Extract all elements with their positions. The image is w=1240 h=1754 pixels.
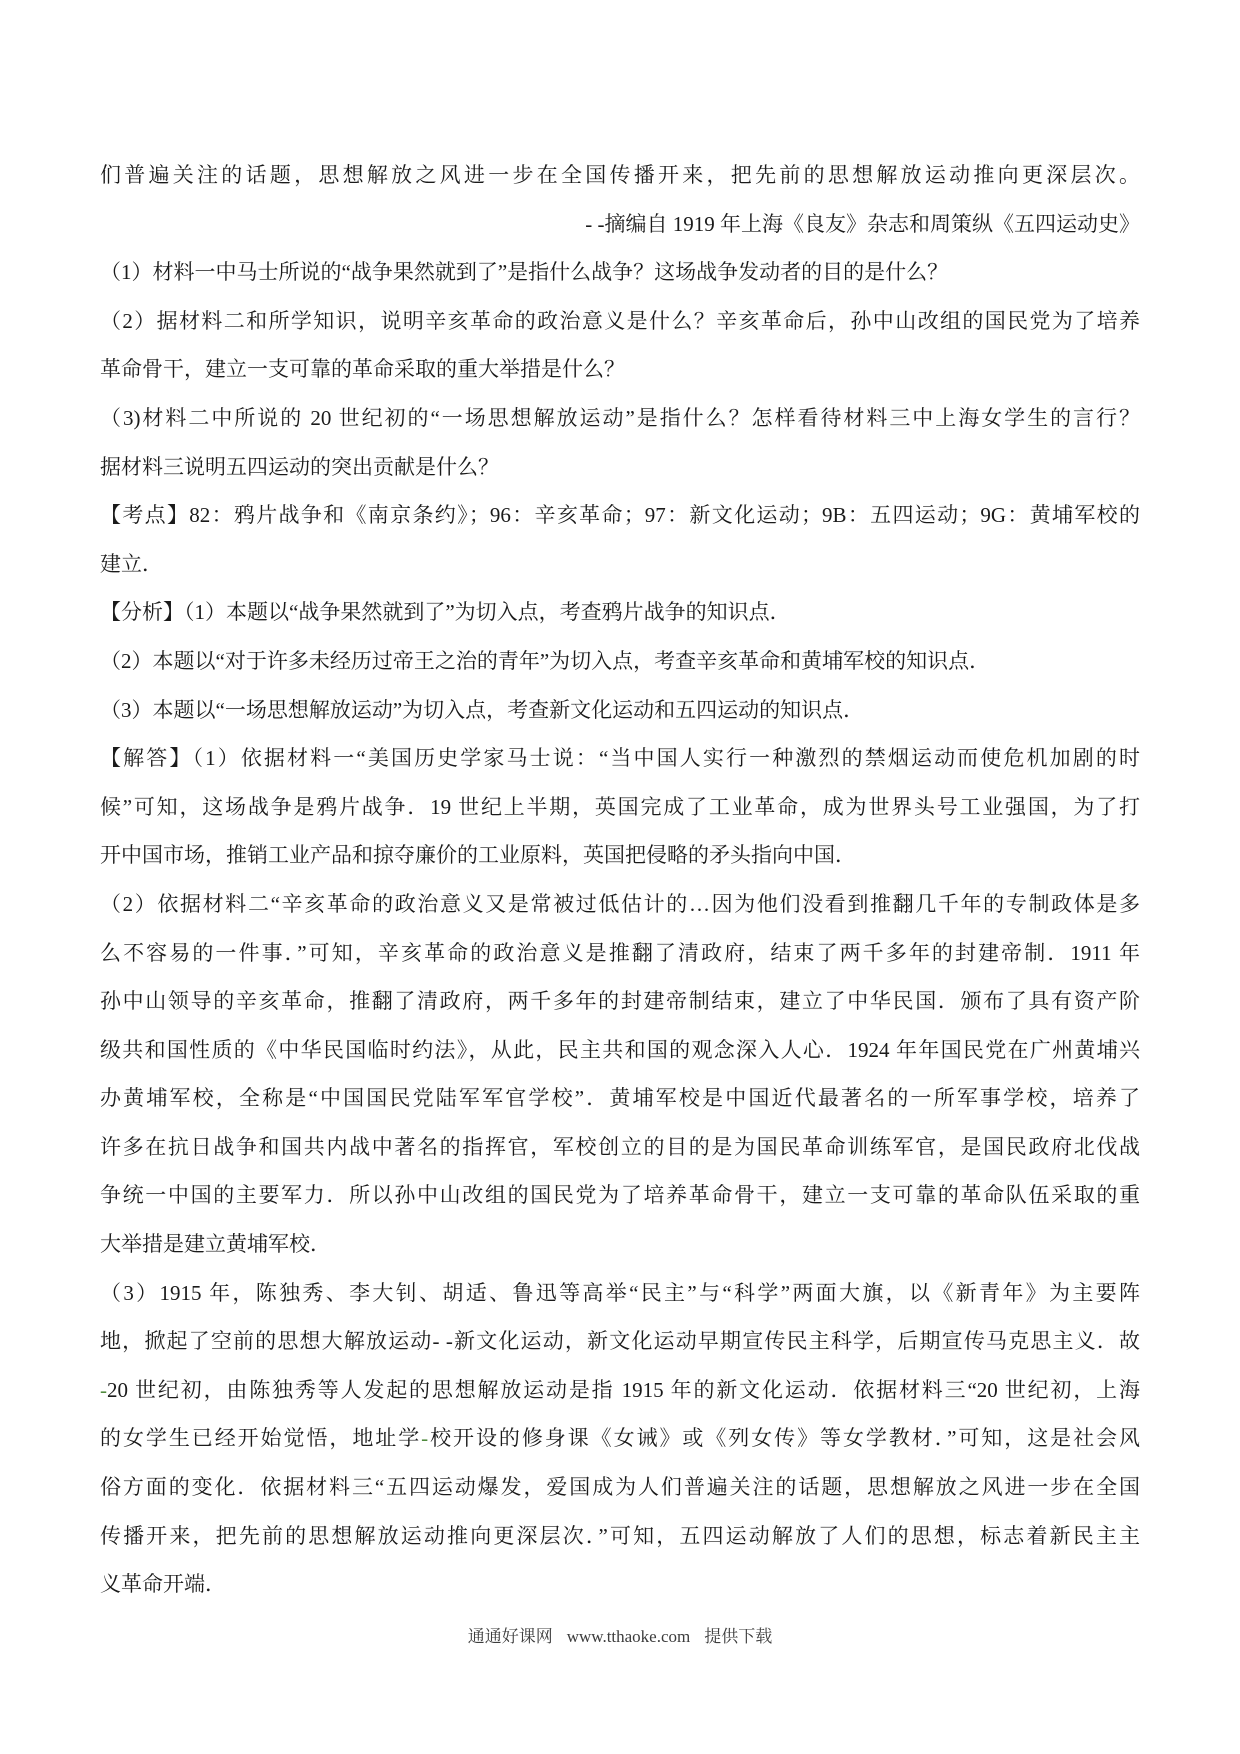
text-line: - -摘编自 1919 年上海《良友》杂志和周策纵《五四运动史》: [100, 200, 1140, 249]
text-line: 候”可知，这场战争是鸦片战争．19 世纪上半期，英国完成了工业革命，成为世界头号…: [100, 783, 1140, 832]
document-page: 们普遍关注的话题，思想解放之风进一步在全国传播开来，把先前的思想解放运动推向更深…: [0, 0, 1240, 1754]
text-line: 义革命开端．: [100, 1560, 1140, 1609]
text-line: 传播开来，把先前的思想解放运动推向更深层次．”可知，五四运动解放了人们的思想，标…: [100, 1512, 1140, 1561]
text-segment: 的女学生已经开始觉悟，地址学: [100, 1426, 421, 1450]
text-line: 【考点】82：鸦片战争和《南京条约》；96：辛亥革命；97：新文化运动；9B：五…: [100, 491, 1140, 540]
text-line: 据材料三说明五四运动的突出贡献是什么？: [100, 443, 1140, 492]
text-line: 许多在抗日战争和国共内战中著名的指挥官，军校创立的目的是为国民革命训练军官，是国…: [100, 1123, 1140, 1172]
text-line: 的女学生已经开始觉悟，地址学-校开设的修身课《女诫》或《列女传》等女学教材．”可…: [100, 1414, 1140, 1463]
grammar-mark: -: [100, 1378, 107, 1402]
footer-credit: 通通好课网www.tthaoke.com提供下载: [0, 1622, 1240, 1652]
text-line: 争统一中国的主要军力．所以孙中山改组的国民党为了培养革命骨干，建立一支可靠的革命…: [100, 1171, 1140, 1220]
text-line: 开中国市场，推销工业产品和掠夺廉价的工业原料，英国把侵略的矛头指向中国．: [100, 831, 1140, 880]
text-line: 大举措是建立黄埔军校．: [100, 1220, 1140, 1269]
text-line: 革命骨干，建立一支可靠的革命采取的重大举措是什么？: [100, 345, 1140, 394]
text-line: （3）1915 年，陈独秀、李大钊、胡适、鲁迅等高举“民主”与“科学”两面大旗，…: [100, 1269, 1140, 1318]
text-line: 办黄埔军校，全称是“中国国民党陆军军官学校”．黄埔军校是中国近代最著名的一所军事…: [100, 1074, 1140, 1123]
text-line: （2）本题以“对于许多未经历过帝王之治的青年”为切入点，考查辛亥革命和黄埔军校的…: [100, 637, 1140, 686]
text-line: （3)材料二中所说的 20 世纪初的“一场思想解放运动”是指什么？怎样看待材料三…: [100, 394, 1140, 443]
footer-url: www.tthaoke.com: [567, 1627, 691, 1646]
text-line: （3）本题以“一场思想解放运动”为切入点，考查新文化运动和五四运动的知识点．: [100, 686, 1140, 735]
text-line: （2）据材料二和所学知识，说明辛亥革命的政治意义是什么？辛亥革命后，孙中山改组的…: [100, 297, 1140, 346]
text-line: -20 世纪初，由陈独秀等人发起的思想解放运动是指 1915 年的新文化运动．依…: [100, 1366, 1140, 1415]
text-segment: 校开设的修身课《女诫》或《列女传》等女学教材．”可知，这是社会风: [428, 1426, 1140, 1450]
document-body: 们普遍关注的话题，思想解放之风进一步在全国传播开来，把先前的思想解放运动推向更深…: [100, 151, 1140, 1609]
text-line: 建立．: [100, 540, 1140, 589]
text-line: 俗方面的变化．依据材料三“五四运动爆发，爱国成为人们普遍关注的话题，思想解放之风…: [100, 1463, 1140, 1512]
footer-label: 提供下载: [704, 1627, 772, 1646]
text-line: （2）依据材料二“辛亥革命的政治意义又是常被过低估计的…因为他们没看到推翻几千年…: [100, 880, 1140, 929]
text-line: 地，掀起了空前的思想大解放运动- -新文化运动，新文化运动早期宣传民主科学，后期…: [100, 1317, 1140, 1366]
text-line: 么不容易的一件事．”可知，辛亥革命的政治意义是推翻了清政府，结束了两千多年的封建…: [100, 929, 1140, 978]
text-line: 孙中山领导的辛亥革命，推翻了清政府，两千多年的封建帝制结束，建立了中华民国．颁布…: [100, 977, 1140, 1026]
text-segment: 20 世纪初，由陈独秀等人发起的思想解放运动是指 1915 年的新文化运动．依据…: [107, 1378, 1140, 1402]
text-line: 【分析】（1）本题以“战争果然就到了”为切入点，考查鸦片战争的知识点．: [100, 588, 1140, 637]
text-line: 们普遍关注的话题，思想解放之风进一步在全国传播开来，把先前的思想解放运动推向更深…: [100, 151, 1140, 200]
text-line: 级共和国性质的《中华民国临时约法》，从此，民主共和国的观念深入人心．1924 年…: [100, 1026, 1140, 1075]
text-line: 【解答】（1）依据材料一“美国历史学家马士说：“当中国人实行一种激烈的禁烟运动而…: [100, 734, 1140, 783]
text-line: （1）材料一中马士所说的“战争果然就到了”是指什么战争？这场战争发动者的目的是什…: [100, 248, 1140, 297]
footer-site-name: 通通好课网: [468, 1627, 553, 1646]
